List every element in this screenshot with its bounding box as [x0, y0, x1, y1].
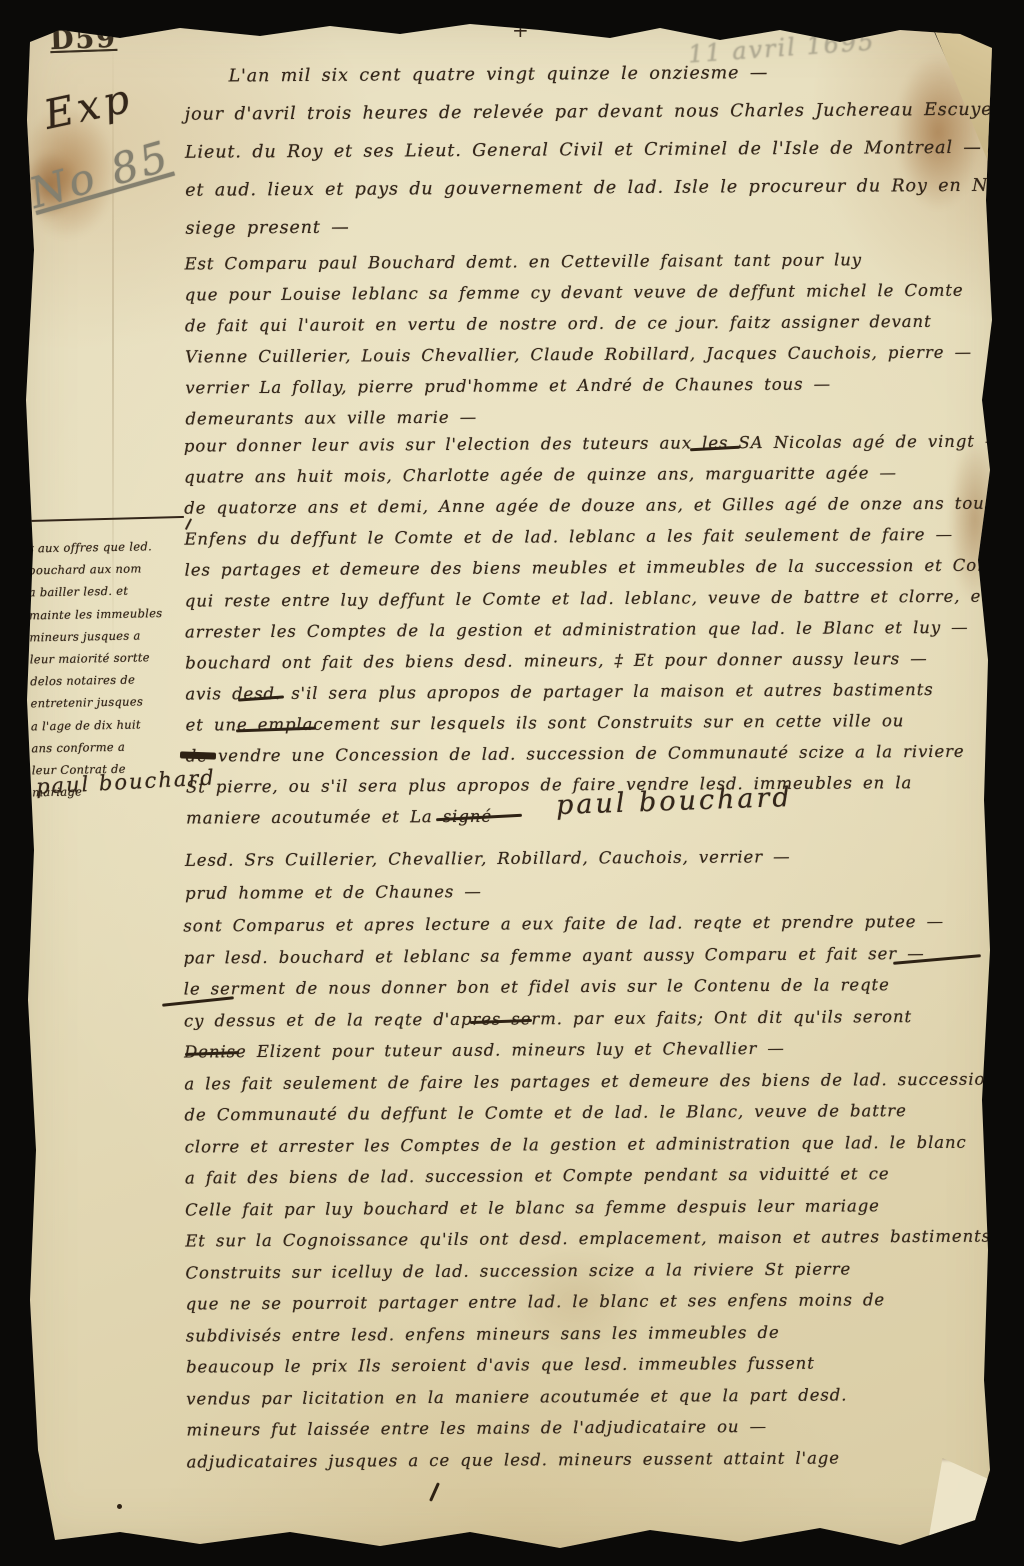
margin-bracket — [26, 516, 184, 529]
margin-note-line: delos notaires de — [30, 668, 190, 693]
manuscript-line: que ne se pourroit partager entre lad. l… — [186, 1284, 999, 1320]
manuscript-line: verrier La follay, pierre prud'homme et … — [185, 368, 972, 404]
manuscript-line: le serment de nous donner bon et fidel a… — [184, 969, 997, 1005]
paragraph-opening: L'an mil six cent quatre vingt quinze le… — [184, 52, 1024, 247]
ink-dot — [117, 1504, 122, 1509]
margin-note-line: ‡ aux offres que led. — [28, 535, 188, 560]
manuscript-line: et une emplacement sur lesquels ils sont… — [185, 704, 1024, 740]
manuscript-line: cy dessus et de la reqte d'apres serm. p… — [184, 1000, 997, 1036]
manuscript-line: jour d'avril trois heures de relevée par… — [185, 90, 1024, 133]
manuscript-line: Et sur la Cognoissance qu'ils ont desd. … — [185, 1221, 998, 1257]
manuscript-line: pour donner leur avis sur l'election des… — [184, 425, 1023, 461]
manuscript-line: Denise Elizent pour tuteur ausd. mineurs… — [184, 1032, 997, 1068]
manuscript-line: Enfens du deffunt le Comte et de lad. le… — [184, 518, 1023, 554]
archive-code: D59 — [49, 23, 117, 56]
manuscript-line: par lesd. bouchard et leblanc sa femme a… — [183, 937, 996, 973]
margin-note-line: entretenir jusques — [30, 690, 190, 715]
manuscript-line: adjudicataires jusques a ce que lesd. mi… — [187, 1441, 1000, 1477]
manuscript-line: avis desd. s'il sera plus apropos de par… — [185, 673, 1024, 709]
manuscript-line: que pour Louise leblanc sa femme cy deva… — [185, 275, 972, 311]
paragraph-avis: sont Comparus et apres lecture a eux fai… — [183, 906, 999, 1478]
manuscript-line: qui reste entre luy deffunt le Comte et … — [185, 580, 1024, 616]
manuscript-line: L'an mil six cent quatre vingt quinze le… — [184, 52, 1024, 95]
collation-cross: + — [512, 18, 529, 42]
manuscript-line: de fait qui l'auroit en vertu de nostre … — [185, 306, 972, 342]
manuscript-line: sont Comparus et apres lecture a eux fai… — [183, 906, 996, 942]
manuscript-line: bouchard ont fait des biens desd. mineur… — [185, 642, 1024, 678]
manuscript-line: a les fait seulement de faire les partag… — [184, 1063, 997, 1099]
manuscript-line: vendus par licitation en la maniere acou… — [186, 1378, 999, 1414]
margin-note-line: mainte les immeubles — [29, 601, 189, 626]
manuscript-line: de quatorze ans et demi, Anne agée de do… — [184, 487, 1023, 523]
manuscript-line: les partages et demeure des biens meuble… — [185, 549, 1024, 585]
ink-slash — [429, 1482, 440, 1501]
paragraph-experts: Lesd. Srs Cuillerier, Chevallier, Robill… — [185, 840, 791, 910]
manuscript-line: subdivisés entre lesd. enfens mineurs sa… — [186, 1315, 999, 1351]
manuscript-page: D59 Exp No 85 11 avril 1695 + ‡ aux offr… — [0, 0, 1024, 1566]
manuscript-line: quatre ans huit mois, Charlotte agée de … — [184, 456, 1023, 492]
margin-note-line: mineurs jusques a — [29, 623, 189, 648]
margin-note-line: bouchard aux nom — [28, 557, 188, 582]
manuscript-line: siege present — — [185, 204, 1024, 247]
manuscript-line: et aud. lieux et pays du gouvernement de… — [185, 166, 1024, 209]
manuscript-line: arrester les Comptes de la gestion et ad… — [185, 611, 1024, 647]
manuscript-line: de vendre une Concession de lad. success… — [186, 735, 1024, 771]
exp-mark: Exp — [40, 75, 137, 139]
ink-blot — [180, 751, 216, 759]
paragraph-requeste: pour donner leur avis sur l'election des… — [184, 425, 1024, 833]
margin-note-line: ans conforme a — [31, 734, 191, 759]
manuscript-line: Est Comparu paul Bouchard demt. en Cette… — [184, 244, 971, 280]
scanned-manuscript: D59 Exp No 85 11 avril 1695 + ‡ aux offr… — [0, 0, 1024, 1566]
manuscript-line: Lesd. Srs Cuillerier, Chevallier, Robill… — [185, 840, 791, 877]
manuscript-line: clorre et arrester les Comptes de la ges… — [185, 1126, 998, 1162]
manuscript-line: beaucoup le prix Ils seroient d'avis que… — [186, 1347, 999, 1383]
margin-note-line: a bailler lesd. et — [28, 579, 188, 604]
manuscript-line: Lieut. du Roy et ses Lieut. General Civi… — [185, 128, 1024, 171]
paragraph-comparution: Est Comparu paul Bouchard demt. en Cette… — [184, 244, 972, 435]
manuscript-line: de Communauté du deffunt le Comte et de … — [184, 1095, 997, 1131]
manuscript-line: a fait des biens de lad. succession et C… — [185, 1158, 998, 1194]
manuscript-line: mineurs fut laissée entre les mains de l… — [186, 1410, 999, 1446]
margin-note-line: a l'age de dix huit — [31, 712, 191, 737]
manuscript-line: Celle fait par luy bouchard et le blanc … — [185, 1189, 998, 1225]
manuscript-line: Construits sur icelluy de lad. successio… — [185, 1252, 998, 1288]
margin-note: ‡ aux offres que led. bouchard aux nom a… — [28, 535, 193, 804]
margin-note-line: leur maiorité sortte — [30, 646, 190, 671]
manuscript-line: Vienne Cuillerier, Louis Chevallier, Cla… — [185, 337, 972, 373]
manuscript-line: prud homme et de Chaunes — — [185, 873, 791, 910]
pencil-number: No 85 — [24, 131, 176, 218]
